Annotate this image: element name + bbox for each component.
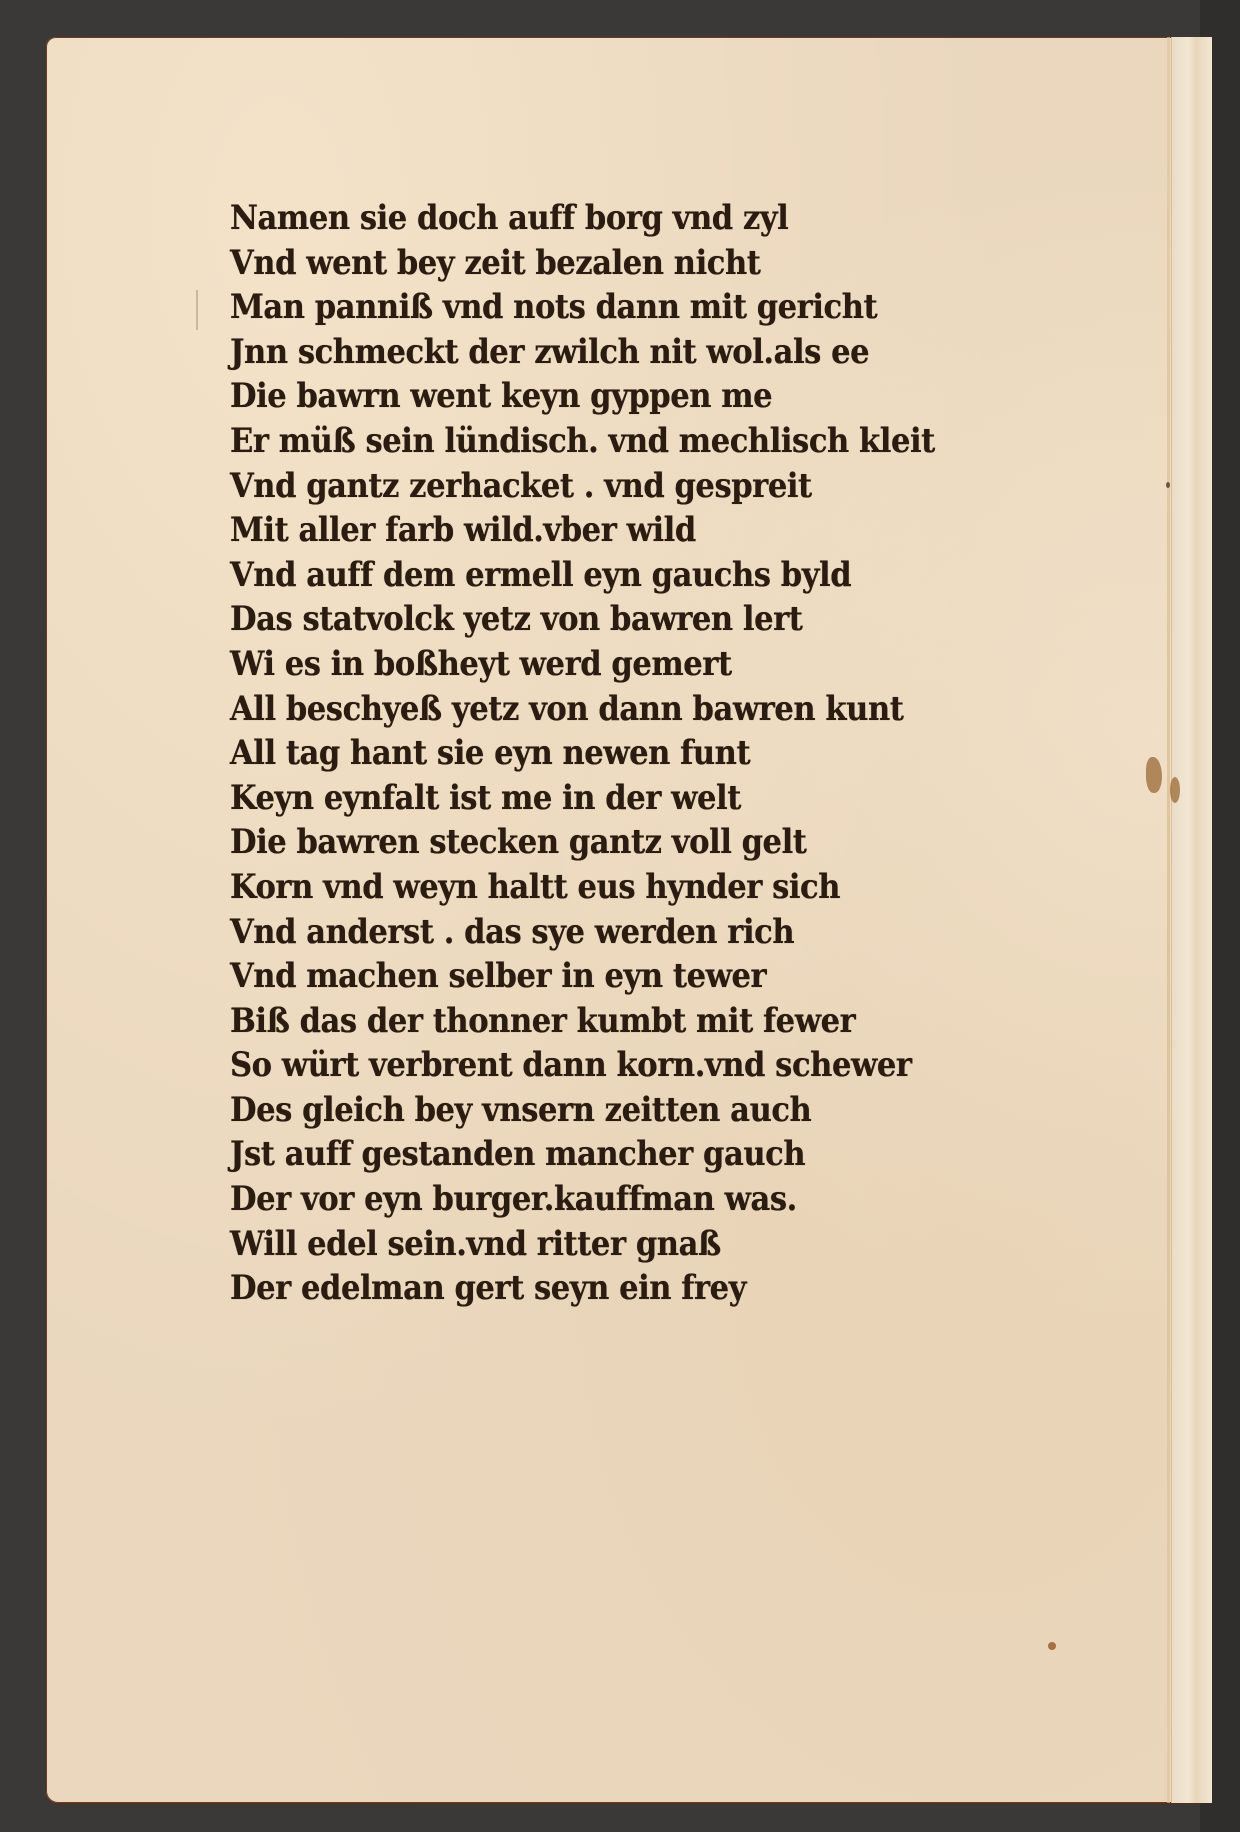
verse-text-block: Namen sie doch auff borg vnd zyl Vnd wen… [230,196,1110,1311]
verse-line: Korn vnd weyn haltt eus hynder sich [230,865,1022,910]
verse-line: Des gleich bey vnsern zeitten auch [230,1088,1022,1133]
verse-line: Der vor eyn burger.kauffman was. [230,1177,1022,1222]
foxing-spot [1166,482,1170,488]
verse-line: Wi es in boßheyt werd gemert [230,642,1022,687]
verse-line: So würt verbrent dann korn.vnd schewer [230,1043,1022,1088]
verse-line: Vnd auff dem ermell eyn gauchs byld [230,553,1022,598]
margin-pencil-mark [196,290,198,330]
paper-damage-stain [1170,777,1180,803]
verse-line: Vnd gantz zerhacket . vnd gespreit [230,464,1022,509]
verse-line: All tag hant sie eyn newen funt [230,731,1022,776]
verse-line: Vnd went bey zeit bezalen nicht [230,241,1022,286]
verse-line: Will edel sein.vnd ritter gnaß [230,1222,1022,1267]
verse-line: Er müß sein lündisch. vnd mechlisch klei… [230,419,1022,464]
verse-line: Das statvolck yetz von bawren lert [230,597,1022,642]
verse-line: Keyn eynfalt ist me in der welt [230,776,1022,821]
verse-line: Der edelman gert seyn ein frey [230,1266,1022,1311]
verse-line: Namen sie doch auff borg vnd zyl [230,196,1022,241]
verse-line: Jst auff gestanden mancher gauch [230,1132,1022,1177]
paper-damage-stain [1146,757,1162,793]
facing-page-edge [1171,37,1212,1803]
verse-line: Vnd anderst . das sye werden rich [230,910,1022,955]
verse-line: Man panniß vnd nots dann mit gericht [230,285,1022,330]
verse-line: Die bawren stecken gantz voll gelt [230,820,1022,865]
verse-line: Jnn schmeckt der zwilch nit wol.als ee [230,330,1022,375]
verse-line: All beschyeß yetz von dann bawren kunt [230,687,1022,732]
verse-line: Die bawrn went keyn gyppen me [230,374,1022,419]
verse-line: Mit aller farb wild.vber wild [230,508,1022,553]
verse-line: Biß das der thonner kumbt mit fewer [230,999,1022,1044]
verse-line: Vnd machen selber in eyn tewer [230,954,1022,999]
page-fold [1167,37,1170,1803]
foxing-spot [1048,1642,1056,1650]
